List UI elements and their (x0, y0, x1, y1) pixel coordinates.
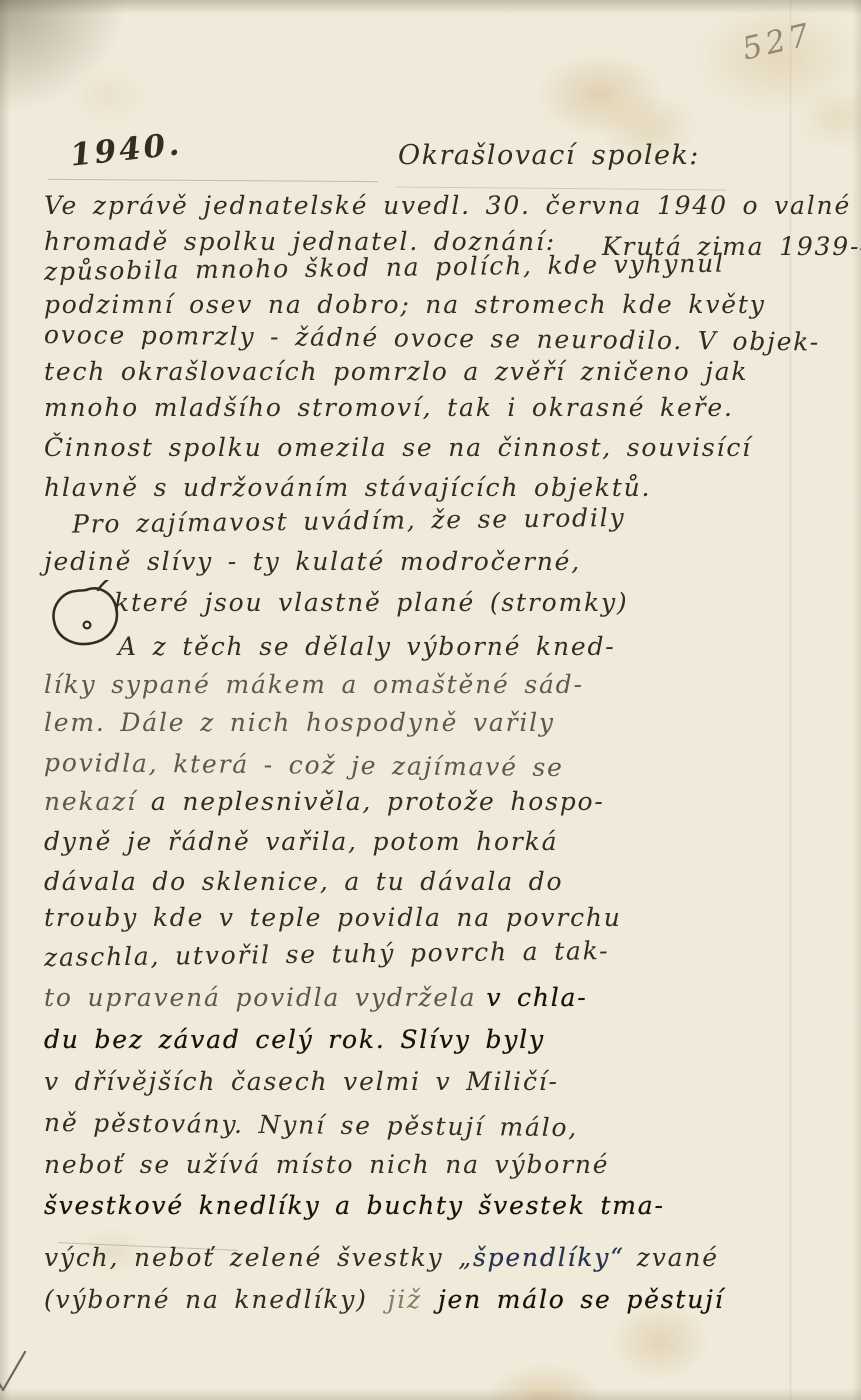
manuscript-line: dyně je řádně vařila, potom horká (44, 829, 834, 854)
manuscript-line: dávala do sklenice, a tu dávala do (44, 869, 834, 894)
line-text: lem. Dále z nich hospodyně vařily (44, 708, 555, 737)
manuscript-line: podzimní osev na dobro; na stromech kde … (44, 292, 834, 317)
margin-checkmark (0, 1346, 31, 1398)
line-text: povidla, která - což je zajímavé se (44, 748, 564, 782)
line-text: zaschla, utvořil se tuhý povrch a tak- (44, 936, 610, 972)
manuscript-line: hlavně s udržováním stávajících objektů. (44, 475, 834, 500)
line-text: ně pěstovány. Nyní se pěstují málo, (44, 1108, 578, 1142)
line-text: v chla- (486, 985, 587, 1010)
year-underline-rule (48, 179, 378, 182)
line-text: mnoho mladšího stromoví, tak i okrasné k… (44, 393, 734, 422)
line-text: nekazí (44, 787, 137, 816)
line-text: švestkové knedlíky a buchty švestek tma- (44, 1191, 665, 1220)
year-heading: 1940. (68, 126, 183, 174)
manuscript-line: vých, neboť zelené švestky „špendlíky“zv… (44, 1245, 834, 1270)
line-text: dyně je řádně vařila, potom horká (44, 827, 558, 856)
line-text: v dřívějších časech velmi v Miličí- (44, 1067, 559, 1096)
manuscript-line: nekazía neplesnivěla, protože hospo- (44, 789, 834, 814)
manuscript-line: ovoce pomrzly - žádné ovoce se neurodilo… (44, 322, 834, 355)
line-text: A z těch se dělaly výborné kned- (118, 632, 616, 661)
manuscript-line: tech okrašlovacích pomrzlo a zvěří zniče… (44, 359, 834, 384)
line-text: (výborné na knedlíky) (44, 1285, 368, 1314)
line-text: trouby kde v teple povidla na povrchu (44, 903, 622, 932)
line-text: líky sypané mákem a omaštěné sád- (44, 670, 584, 699)
line-text: zvané (637, 1245, 719, 1270)
manuscript-line: (výborné na knedlíky)jižjen málo se pěst… (44, 1287, 834, 1312)
line-text: du bez závad celý rok. Slívy byly (44, 1025, 545, 1054)
manuscript-line: trouby kde v teple povidla na povrchu (44, 905, 834, 930)
manuscript-page: 527 1940. Okrašlovací spolek: Ve zprávě … (0, 0, 861, 1400)
manuscript-line: Pro zajímavost uvádím, že se urodily (44, 502, 834, 537)
manuscript-line: jedině slívy - ty kulaté modročerné, (44, 549, 834, 574)
manuscript-body: Ve zprávě jednatelské uvedl. 30. června … (44, 193, 834, 1312)
line-text: a neplesnivěla, protože hospo- (151, 789, 605, 814)
line-text: jen málo se pěstují (438, 1287, 725, 1312)
line-text: vých, neboť zelené švestky „ (44, 1243, 473, 1272)
line-text: již (388, 1287, 422, 1312)
manuscript-line: lem. Dále z nich hospodyně vařily (44, 710, 834, 735)
manuscript-line: v dřívějších časech velmi v Miličí- (44, 1069, 834, 1094)
line-text: neboť se užívá místo nich na výborné (44, 1150, 609, 1179)
manuscript-line: A z těch se dělaly výborné kned- (44, 634, 834, 659)
manuscript-line: neboť se užívá místo nich na výborné (44, 1152, 834, 1177)
page-title: Okrašlovací spolek: (398, 140, 700, 171)
manuscript-line: povidla, která - což je zajímavé se (44, 750, 834, 783)
manuscript-line: způsobila mnoho škod na polích, kde vyhy… (44, 249, 834, 284)
line-text: Činnost spolku omezila se na činnost, so… (44, 433, 752, 462)
line-text: to upravená povidla vydržela (44, 983, 476, 1012)
manuscript-line: Ve zprávě jednatelské uvedl. 30. června … (44, 193, 834, 218)
line-text: jedině slívy - ty kulaté modročerné, (44, 547, 581, 576)
manuscript-line: Činnost spolku omezila se na činnost, so… (44, 435, 834, 460)
manuscript-line: ně pěstovány. Nyní se pěstují málo, (44, 1110, 834, 1143)
line-text: dávala do sklenice, a tu dávala do (44, 867, 563, 896)
line-text: špendlíky“ (473, 1243, 625, 1272)
manuscript-line: švestkové knedlíky a buchty švestek tma- (44, 1193, 834, 1218)
manuscript-line: které jsou vlastně plané (stromky) (44, 590, 834, 615)
manuscript-line: mnoho mladšího stromoví, tak i okrasné k… (44, 395, 834, 420)
line-text: Ve zprávě jednatelské uvedl. 30. června … (44, 191, 851, 220)
line-text: ovoce pomrzly - žádné ovoce se neurodilo… (44, 320, 820, 356)
manuscript-line: to upravená povidla vydrželav chla- (44, 985, 834, 1010)
manuscript-line: du bez závad celý rok. Slívy byly (44, 1027, 834, 1052)
manuscript-line: zaschla, utvořil se tuhý povrch a tak- (44, 935, 834, 970)
line-text: Pro zajímavost uvádím, že se urodily (72, 503, 626, 539)
manuscript-line: líky sypané mákem a omaštěné sád- (44, 672, 834, 697)
line-text: podzimní osev na dobro; na stromech kde … (44, 290, 766, 319)
page-number: 527 (739, 16, 816, 67)
line-text: které jsou vlastně plané (stromky) (114, 588, 628, 617)
title-underline-rule (396, 187, 726, 191)
line-text: tech okrašlovacích pomrzlo a zvěří zniče… (44, 357, 748, 386)
line-text: hlavně s udržováním stávajících objektů. (44, 473, 651, 502)
